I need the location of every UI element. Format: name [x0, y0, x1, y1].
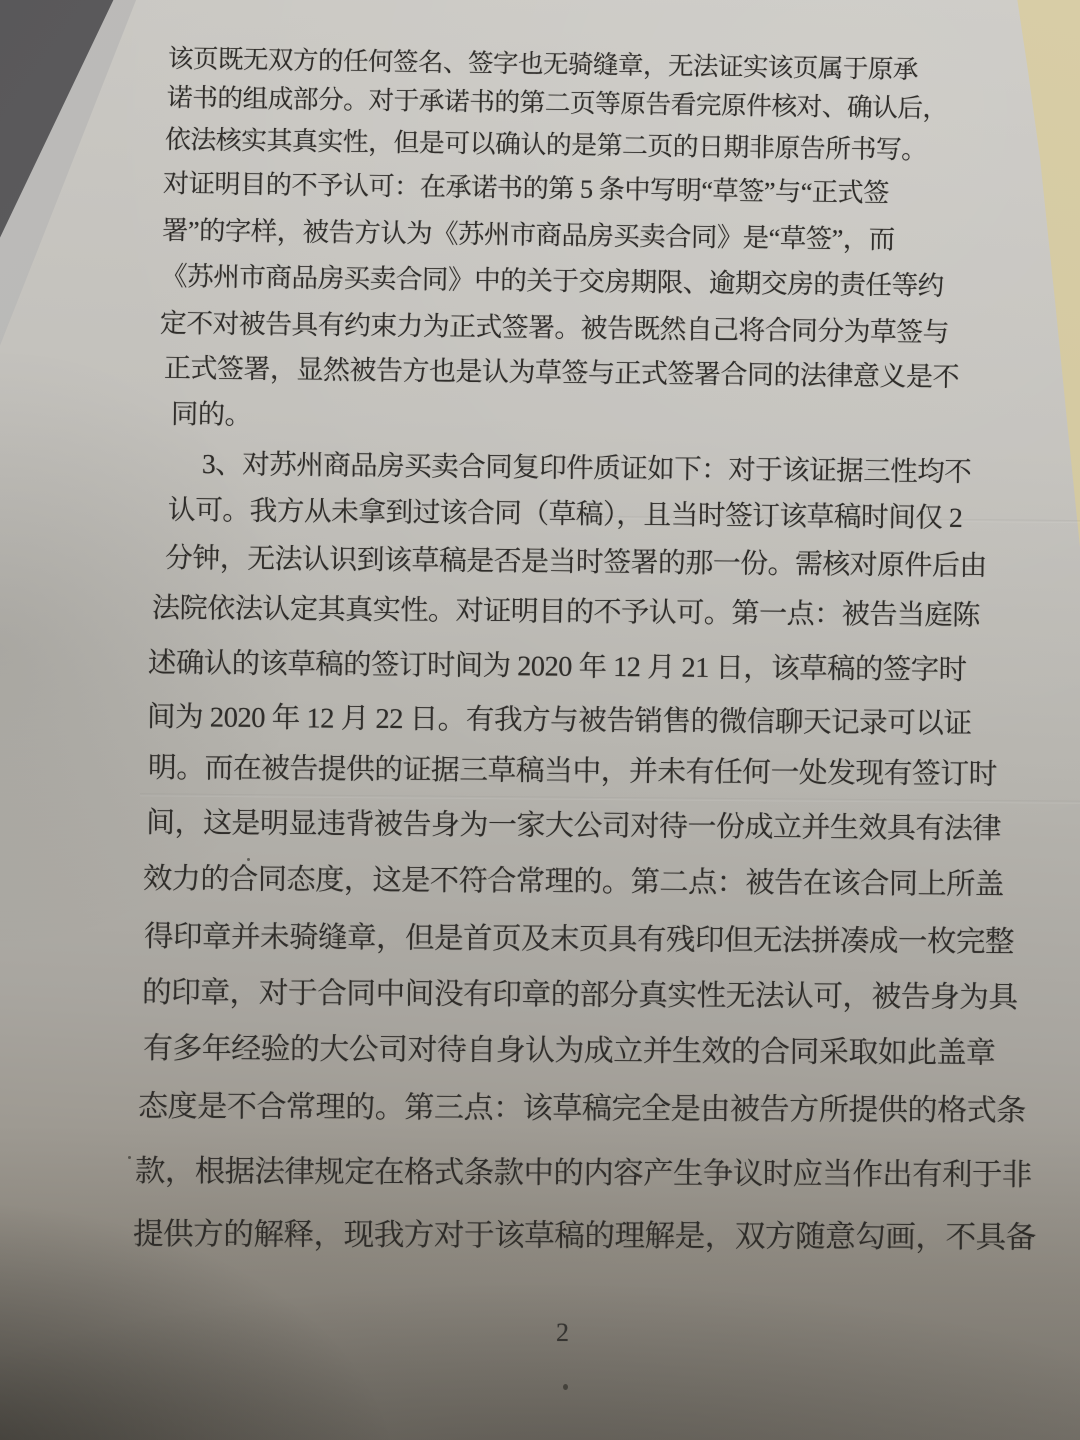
document-page: 该页既无双方的任何签名、签字也无骑缝章，无法证实该页属于原承 诺书的组成部分。对…	[0, 0, 1080, 1440]
text-line: 署”的字样，被告方认为《苏州市商品房买卖合同》是“草签”，而	[162, 215, 895, 255]
fold-crease-lower	[140, 793, 1080, 803]
text-line: 的印章，对于合同中间没有印章的部分真实性无法认可，被告身为具	[142, 976, 1018, 1015]
text-line: 有多年经验的大公司对待自身认为成立并生效的合同采取如此盖章	[143, 1032, 996, 1071]
text-line: 效力的合同态度，这是不符合常理的。第二点：被告在该合同上所盖	[143, 863, 1004, 903]
text-line: 该页既无双方的任何签名、签字也无骑缝章，无法证实该页属于原承	[168, 44, 918, 84]
text-line: 款，根据法律规定在格式条款中的内容产生争议时应当作出有利于非	[135, 1154, 1032, 1193]
text-line: 间，这是明显违背被告身为一家大公司对待一份成立并生效具有法律	[146, 807, 1001, 847]
paper-speck	[128, 1156, 131, 1159]
text-line: 法院依法认定其真实性。对证明目的不予认可。第一点：被告当庭陈	[152, 593, 980, 633]
text-line: 间为 2020 年 12 月 22 日。有我方与被告销售的微信聊天记录可以证	[147, 702, 972, 742]
photo-of-document: 该页既无双方的任何签名、签字也无骑缝章，无法证实该页属于原承 诺书的组成部分。对…	[0, 0, 1080, 1440]
text-line: 对证明目的不予认可：在承诺书的第 5 条中写明“草签”与“正式签	[163, 169, 889, 209]
paper-speck	[563, 1384, 568, 1390]
text-line: 3、对苏州商品房买卖合同复印件质证如下：对于该证据三性均不	[202, 448, 972, 488]
paper-speck	[247, 858, 250, 861]
text-line: 定不对被告具有约束力为正式签署。被告既然自己将合同分为草签与	[160, 308, 949, 348]
page-number: 2	[556, 1318, 569, 1348]
text-line: 明。而在被告提供的证据三草稿当中，并未有任何一处发现有签订时	[148, 752, 997, 792]
text-line: 同的。	[171, 399, 252, 431]
text-line: 分钟，无法认识到该草稿是否是当时签署的那一份。需核对原件后由	[165, 543, 987, 583]
text-line: 态度是不合常理的。第三点：该草稿完全是由被告方所提供的格式条	[138, 1089, 1026, 1128]
text-line: 依法核实其真实性，但是可以确认的是第二页的日期非原告所书写。	[165, 125, 927, 165]
text-line: 诺书的组成部分。对于承诺书的第二页等原告看完原件核对、确认后，	[167, 83, 948, 124]
text-line: 正式签署，显然被告方也是认为草签与正式签署合同的法律意义是不	[164, 353, 959, 393]
text-line: 述确认的该草稿的签订时间为 2020 年 12 月 21 日，该草稿的签字时	[148, 648, 967, 688]
text-line: 得印章并未骑缝章，但是首页及末页具有残印但无法拼凑成一枚完整	[144, 921, 1014, 961]
text-line: 提供方的解释，现我方对于该草稿的理解是，双方随意勾画，不具备	[133, 1217, 1036, 1256]
text-line: 《苏州市商品房买卖合同》中的关于交房期限、逾期交房的责任等约	[161, 261, 944, 301]
text-line: 认可。我方从未拿到过该合同（草稿），且当时签订该草稿时间仅 2	[168, 494, 963, 534]
